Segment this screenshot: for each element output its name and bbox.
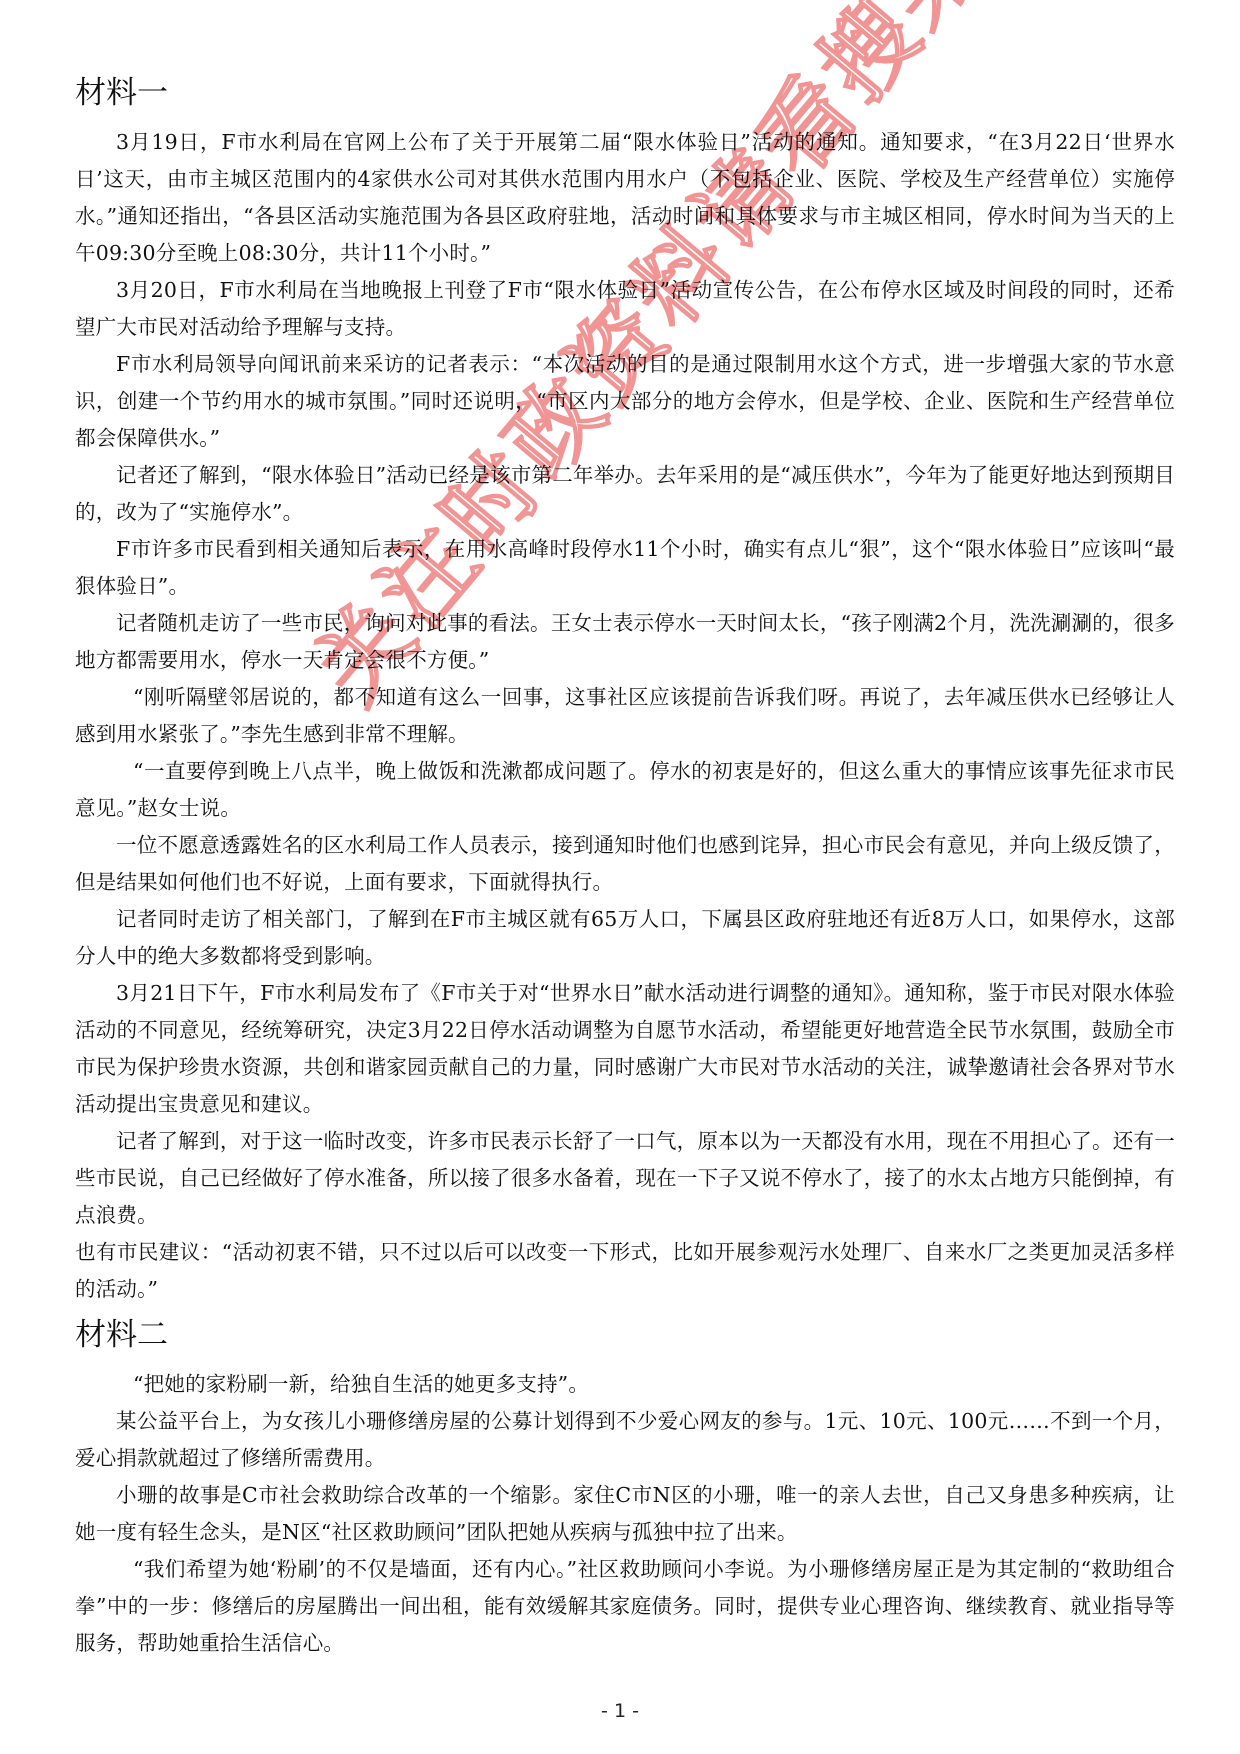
paragraph: 记者还了解到，“限水体验日”活动已经是该市第二年举办。去年采用的是“减压供水”，… xyxy=(75,457,1175,531)
paragraph: “刚听隔壁邻居说的，都不知道有这么一回事，这事社区应该提前告诉我们呀。再说了，去… xyxy=(75,679,1175,753)
paragraph: “我们希望为她‘粉刷’的不仅是墙面，还有内心。”社区救助顾问小李说。为小珊修缮房… xyxy=(75,1551,1175,1662)
paragraph: F市水利局领导向闻讯前来采访的记者表示：“本次活动的目的是通过限制用水这个方式，… xyxy=(75,346,1175,457)
paragraph: 一位不愿意透露姓名的区水利局工作人员表示，接到通知时他们也感到诧异，担心市民会有… xyxy=(75,827,1175,901)
paragraph: 3月20日，F市水利局在当地晚报上刊登了F市“限水体验日”活动宣传公告，在公布停… xyxy=(75,272,1175,346)
paragraph: 也有市民建议：“活动初衷不错，只不过以后可以改变一下形式，比如开展参观污水处理厂… xyxy=(75,1234,1175,1308)
paragraph: 记者随机走访了一些市民，询问对此事的看法。王女士表示停水一天时间太长，“孩子刚满… xyxy=(75,605,1175,679)
paragraph: 3月21日下午，F市水利局发布了《F市关于对“世界水日”献水活动进行调整的通知》… xyxy=(75,975,1175,1123)
paragraph: “把她的家粉刷一新，给独自生活的她更多支持”。 xyxy=(75,1366,1175,1403)
paragraph: 记者同时走访了相关部门，了解到在F市主城区就有65万人口，下属县区政府驻地还有近… xyxy=(75,901,1175,975)
paragraph: 3月19日，F市水利局在官网上公布了关于开展第二届“限水体验日”活动的通知。通知… xyxy=(75,124,1175,272)
material-two-section: 材料二 “把她的家粉刷一新，给独自生活的她更多支持”。 某公益平台上，为女孩儿小… xyxy=(75,1312,1175,1662)
paragraph: 某公益平台上，为女孩儿小珊修缮房屋的公募计划得到不少爱心网友的参与。1元、10元… xyxy=(75,1403,1175,1477)
page-number: - 1 - xyxy=(0,1700,1240,1722)
paragraph: F市许多市民看到相关通知后表示，在用水高峰时段停水11个小时，确实有点儿“狠”，… xyxy=(75,531,1175,605)
paragraph: 小珊的故事是C市社会救助综合改革的一个缩影。家住C市N区的小珊，唯一的亲人去世，… xyxy=(75,1477,1175,1551)
document-page: 材料一 3月19日，F市水利局在官网上公布了关于开展第二届“限水体验日”活动的通… xyxy=(75,70,1175,1662)
section-title: 材料一 xyxy=(75,70,1175,116)
material-one-section: 材料一 3月19日，F市水利局在官网上公布了关于开展第二届“限水体验日”活动的通… xyxy=(75,70,1175,1308)
paragraph: 记者了解到，对于这一临时改变，许多市民表示长舒了一口气，原本以为一天都没有水用，… xyxy=(75,1123,1175,1234)
section-title: 材料二 xyxy=(75,1312,1175,1358)
paragraph: “一直要停到晚上八点半，晚上做饭和洗漱都成问题了。停水的初衷是好的，但这么重大的… xyxy=(75,753,1175,827)
